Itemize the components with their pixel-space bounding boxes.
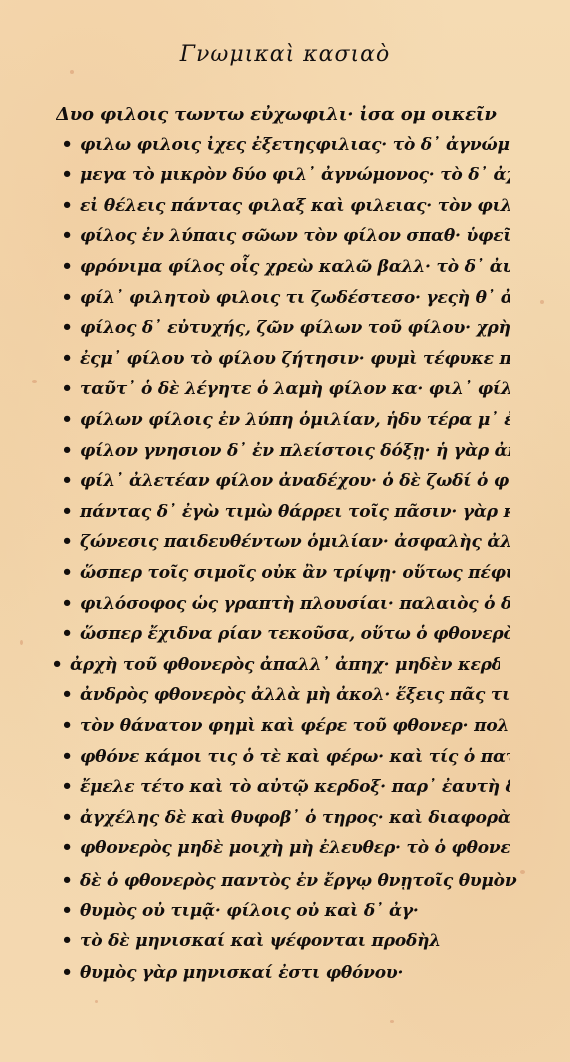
line-text: τὸν θάνατον φημὶ καὶ φέρε τοῦ φθονερ· πο… bbox=[80, 716, 510, 736]
line-text: πάντας δ᾽ ἐγὼ τιμὼ θάρρει τοῖς πᾶσιν· γὰ… bbox=[80, 502, 510, 522]
line-text: θυμὸς γὰρ μηνισκαί ἐστι φθόνου· bbox=[80, 963, 403, 983]
line-text: Δυο φιλοις τωντω εὐχωφιλι· ἰσα ομ οικεῖν bbox=[56, 104, 497, 125]
line-text: ἀρχὴ τοῦ φθονερὸς ἀπαλλ᾽ ἀπηχ· μηδὲν κερ… bbox=[70, 655, 500, 675]
bullet-marker: • bbox=[60, 803, 74, 833]
parchment-stain bbox=[70, 70, 74, 74]
text-line: •φίλον γνησιον δ᾽ ἐν πλείστοις δόξῃ· ἡ γ… bbox=[60, 436, 510, 466]
line-text: ὥσπερ τοῖς σιμοῖς οὐκ ἂν τρίψῃ· οὕτως πέ… bbox=[80, 563, 510, 583]
bullet-marker: • bbox=[60, 313, 74, 343]
line-text: ἐςμ᾽ φίλου τὸ φίλου ζήτησιν· φυμὶ τέφυκε… bbox=[80, 349, 510, 369]
text-line: •φθονερὸς μηδὲ μοιχὴ μὴ ἐλευθερ· τὸ ὁ φθ… bbox=[60, 833, 510, 863]
text-line: •φιλόσοφος ὡς γραπτὴ πλουσίαι· παλαιὸς ὁ… bbox=[60, 589, 510, 619]
line-text: δὲ ὁ φθονερὸς παντὸς ἐν ἔργῳ θνῃτοῖς θυμ… bbox=[80, 871, 520, 891]
parchment-stain bbox=[95, 1000, 98, 1003]
text-line: •φιλω φιλοις ἰχες ἐξετηςφιλιας· τὸ δ᾽ ἀγ… bbox=[60, 130, 510, 160]
line-text: φίλον γνησιον δ᾽ ἐν πλείστοις δόξῃ· ἡ γὰ… bbox=[80, 441, 510, 461]
bullet-marker: • bbox=[60, 833, 74, 863]
text-line: •φίλος δ᾽ εὐτυχής, ζῶν φίλων τοῦ φίλου· … bbox=[60, 313, 510, 343]
line-text: μεγα τὸ μικρὸν δύο φιλ᾽ ἀγνώμονος· τὸ δ᾽… bbox=[80, 165, 510, 185]
text-line: •τὸν θάνατον φημὶ καὶ φέρε τοῦ φθονερ· π… bbox=[60, 711, 510, 741]
bullet-marker: • bbox=[60, 896, 74, 926]
bullet-marker: • bbox=[60, 619, 74, 649]
line-text: ὥσπερ ἔχιδνα ρίαν τεκοῦσα, οὕτω ὁ φθονερ… bbox=[80, 624, 510, 644]
bullet-marker: • bbox=[60, 497, 74, 527]
line-text: εἰ θέλεις πάντας φιλαξ καὶ φιλειας· τὸν … bbox=[80, 196, 510, 216]
line-text: θυμὸς οὐ τιμᾷ· φίλοις οὐ καὶ δ᾽ ἀγ· bbox=[80, 901, 419, 921]
bullet-marker: • bbox=[60, 527, 74, 557]
bullet-marker: • bbox=[60, 772, 74, 802]
line-text: ταῦτ᾽ ὁ δὲ λέγητε ὁ λαμὴ φίλον κα· φιλ᾽ … bbox=[80, 379, 510, 399]
line-text: φρόνιμα φίλος οἷς χρεὼ καλῶ βαλλ· τὸ δ᾽ … bbox=[80, 257, 510, 277]
text-line: •ταῦτ᾽ ὁ δὲ λέγητε ὁ λαμὴ φίλον κα· φιλ᾽… bbox=[60, 374, 510, 404]
bullet-marker: • bbox=[60, 958, 74, 988]
bullet-marker: • bbox=[60, 283, 74, 313]
text-line: •πάντας δ᾽ ἐγὼ τιμὼ θάρρει τοῖς πᾶσιν· γ… bbox=[60, 497, 510, 527]
bullet-marker: • bbox=[60, 221, 74, 251]
line-text: ἀνδρὸς φθονερὸς ἀλλὰ μὴ ἀκολ· ἕξεις πᾶς … bbox=[80, 685, 510, 705]
bullet-marker: • bbox=[60, 374, 74, 404]
bullet-marker: • bbox=[50, 650, 64, 680]
parchment-stain bbox=[540, 300, 544, 304]
bullet-marker: • bbox=[60, 558, 74, 588]
bullet-marker: • bbox=[60, 742, 74, 772]
text-line: •φίλος ἐν λύπαις σῶων τὸν φίλον σπαθ· ὑφ… bbox=[60, 221, 510, 251]
text-line: •φίλ᾽ ἀλετέαν φίλον ἀναδέχου· ὁ δὲ ζωδί … bbox=[60, 466, 510, 496]
bullet-marker: • bbox=[60, 252, 74, 282]
line-text: φιλω φιλοις ἰχες ἐξετηςφιλιας· τὸ δ᾽ ἀγν… bbox=[80, 135, 510, 155]
bullet-marker: • bbox=[60, 711, 74, 741]
text-line: •ἐςμ᾽ φίλου τὸ φίλου ζήτησιν· φυμὶ τέφυκ… bbox=[60, 344, 510, 374]
text-line: •φρόνιμα φίλος οἷς χρεὼ καλῶ βαλλ· τὸ δ᾽… bbox=[60, 252, 510, 282]
line-text: φιλόσοφος ὡς γραπτὴ πλουσίαι· παλαιὸς ὁ … bbox=[80, 594, 510, 614]
text-line: •ἀνδρὸς φθονερὸς ἀλλὰ μὴ ἀκολ· ἕξεις πᾶς… bbox=[60, 680, 510, 710]
bullet-marker: • bbox=[60, 466, 74, 496]
line-text: φίλος ἐν λύπαις σῶων τὸν φίλον σπαθ· ὑφε… bbox=[80, 226, 510, 246]
text-line: •εἰ θέλεις πάντας φιλαξ καὶ φιλειας· τὸν… bbox=[60, 191, 510, 221]
line-text: ζώνεσις παιδευθέντων ὁμιλίαν· ἀσφαλὴς ἀλ… bbox=[80, 532, 510, 552]
text-line: •μεγα τὸ μικρὸν δύο φιλ᾽ ἀγνώμονος· τὸ δ… bbox=[60, 160, 510, 190]
bullet-marker: • bbox=[60, 589, 74, 619]
parchment-stain bbox=[20, 640, 23, 645]
line-text: φίλ᾽ ἀλετέαν φίλον ἀναδέχου· ὁ δὲ ζωδί ὁ… bbox=[80, 471, 510, 491]
line-text: ἀγχέλης δὲ καὶ θυφοβ᾽ ὁ τηρος· καὶ διαφο… bbox=[80, 808, 510, 828]
text-line: •ζώνεσις παιδευθέντων ὁμιλίαν· ἀσφαλὴς ἀ… bbox=[60, 527, 510, 557]
bullet-marker: • bbox=[60, 130, 74, 160]
text-line: •δὲ ὁ φθονερὸς παντὸς ἐν ἔργῳ θνῃτοῖς θυ… bbox=[60, 866, 520, 896]
bullet-marker: • bbox=[60, 680, 74, 710]
text-line: •φίλων φίλοις ἐν λύπη ὁμιλίαν, ἡδυ τέρα … bbox=[60, 405, 510, 435]
text-line: •ἀρχὴ τοῦ φθονερὸς ἀπαλλ᾽ ἀπηχ· μηδὲν κε… bbox=[50, 650, 500, 680]
text-line: •ὥσπερ ἔχιδνα ρίαν τεκοῦσα, οὕτω ὁ φθονε… bbox=[60, 619, 510, 649]
text-line: •φίλ᾽ φιλητοὺ φιλοις τι ζωδέστεσο· γεςὴ … bbox=[60, 283, 510, 313]
text-line: •ὥσπερ τοῖς σιμοῖς οὐκ ἂν τρίψῃ· οὕτως π… bbox=[60, 558, 510, 588]
line-text: φίλος δ᾽ εὐτυχής, ζῶν φίλων τοῦ φίλου· χ… bbox=[80, 318, 510, 338]
line-text: φθονερὸς μηδὲ μοιχὴ μὴ ἐλευθερ· τὸ ὁ φθο… bbox=[80, 838, 510, 858]
line-text: φίλων φίλοις ἐν λύπη ὁμιλίαν, ἡδυ τέρα μ… bbox=[80, 410, 510, 430]
bullet-marker: • bbox=[60, 405, 74, 435]
bullet-marker: • bbox=[60, 926, 74, 956]
text-line: •φθόνε κάμοι τις ὁ τὲ καὶ φέρω· καὶ τίς … bbox=[60, 742, 510, 772]
parchment-stain bbox=[390, 1020, 394, 1023]
text-line: •ἀγχέλης δὲ καὶ θυφοβ᾽ ὁ τηρος· καὶ διαφ… bbox=[60, 803, 510, 833]
bullet-marker: • bbox=[60, 191, 74, 221]
text-line: •τὸ δὲ μηνισκαί καὶ ψέφονται προδὴλ bbox=[60, 926, 510, 956]
title-text: Γνωμικαὶ κασιαὸ bbox=[180, 42, 390, 67]
parchment-stain bbox=[520, 870, 525, 874]
text-line: Δυο φιλοις τωντω εὐχωφιλι· ἰσα ομ οικεῖν bbox=[56, 100, 506, 130]
line-text: φθόνε κάμοι τις ὁ τὲ καὶ φέρω· καὶ τίς ὁ… bbox=[80, 747, 510, 767]
text-line: •θυμὸς οὐ τιμᾷ· φίλοις οὐ καὶ δ᾽ ἀγ· bbox=[60, 896, 510, 926]
line-text: ἔμελε τέτο καὶ τὸ αὐτῷ κερδοξ· παρ᾽ ἐαυτ… bbox=[80, 777, 510, 797]
line-text: τὸ δὲ μηνισκαί καὶ ψέφονται προδὴλ bbox=[80, 931, 441, 951]
line-text: φίλ᾽ φιλητοὺ φιλοις τι ζωδέστεσο· γεςὴ θ… bbox=[80, 288, 510, 308]
bullet-marker: • bbox=[60, 866, 74, 896]
text-line: •θυμὸς γὰρ μηνισκαί ἐστι φθόνου· bbox=[60, 958, 510, 988]
text-line: •ἔμελε τέτο καὶ τὸ αὐτῷ κερδοξ· παρ᾽ ἐαυ… bbox=[60, 772, 510, 802]
bullet-marker: • bbox=[60, 436, 74, 466]
bullet-marker: • bbox=[60, 344, 74, 374]
page-title: Γνωμικαὶ κασιαὸ bbox=[0, 42, 570, 67]
bullet-marker: • bbox=[60, 160, 74, 190]
parchment-stain bbox=[32, 380, 37, 383]
